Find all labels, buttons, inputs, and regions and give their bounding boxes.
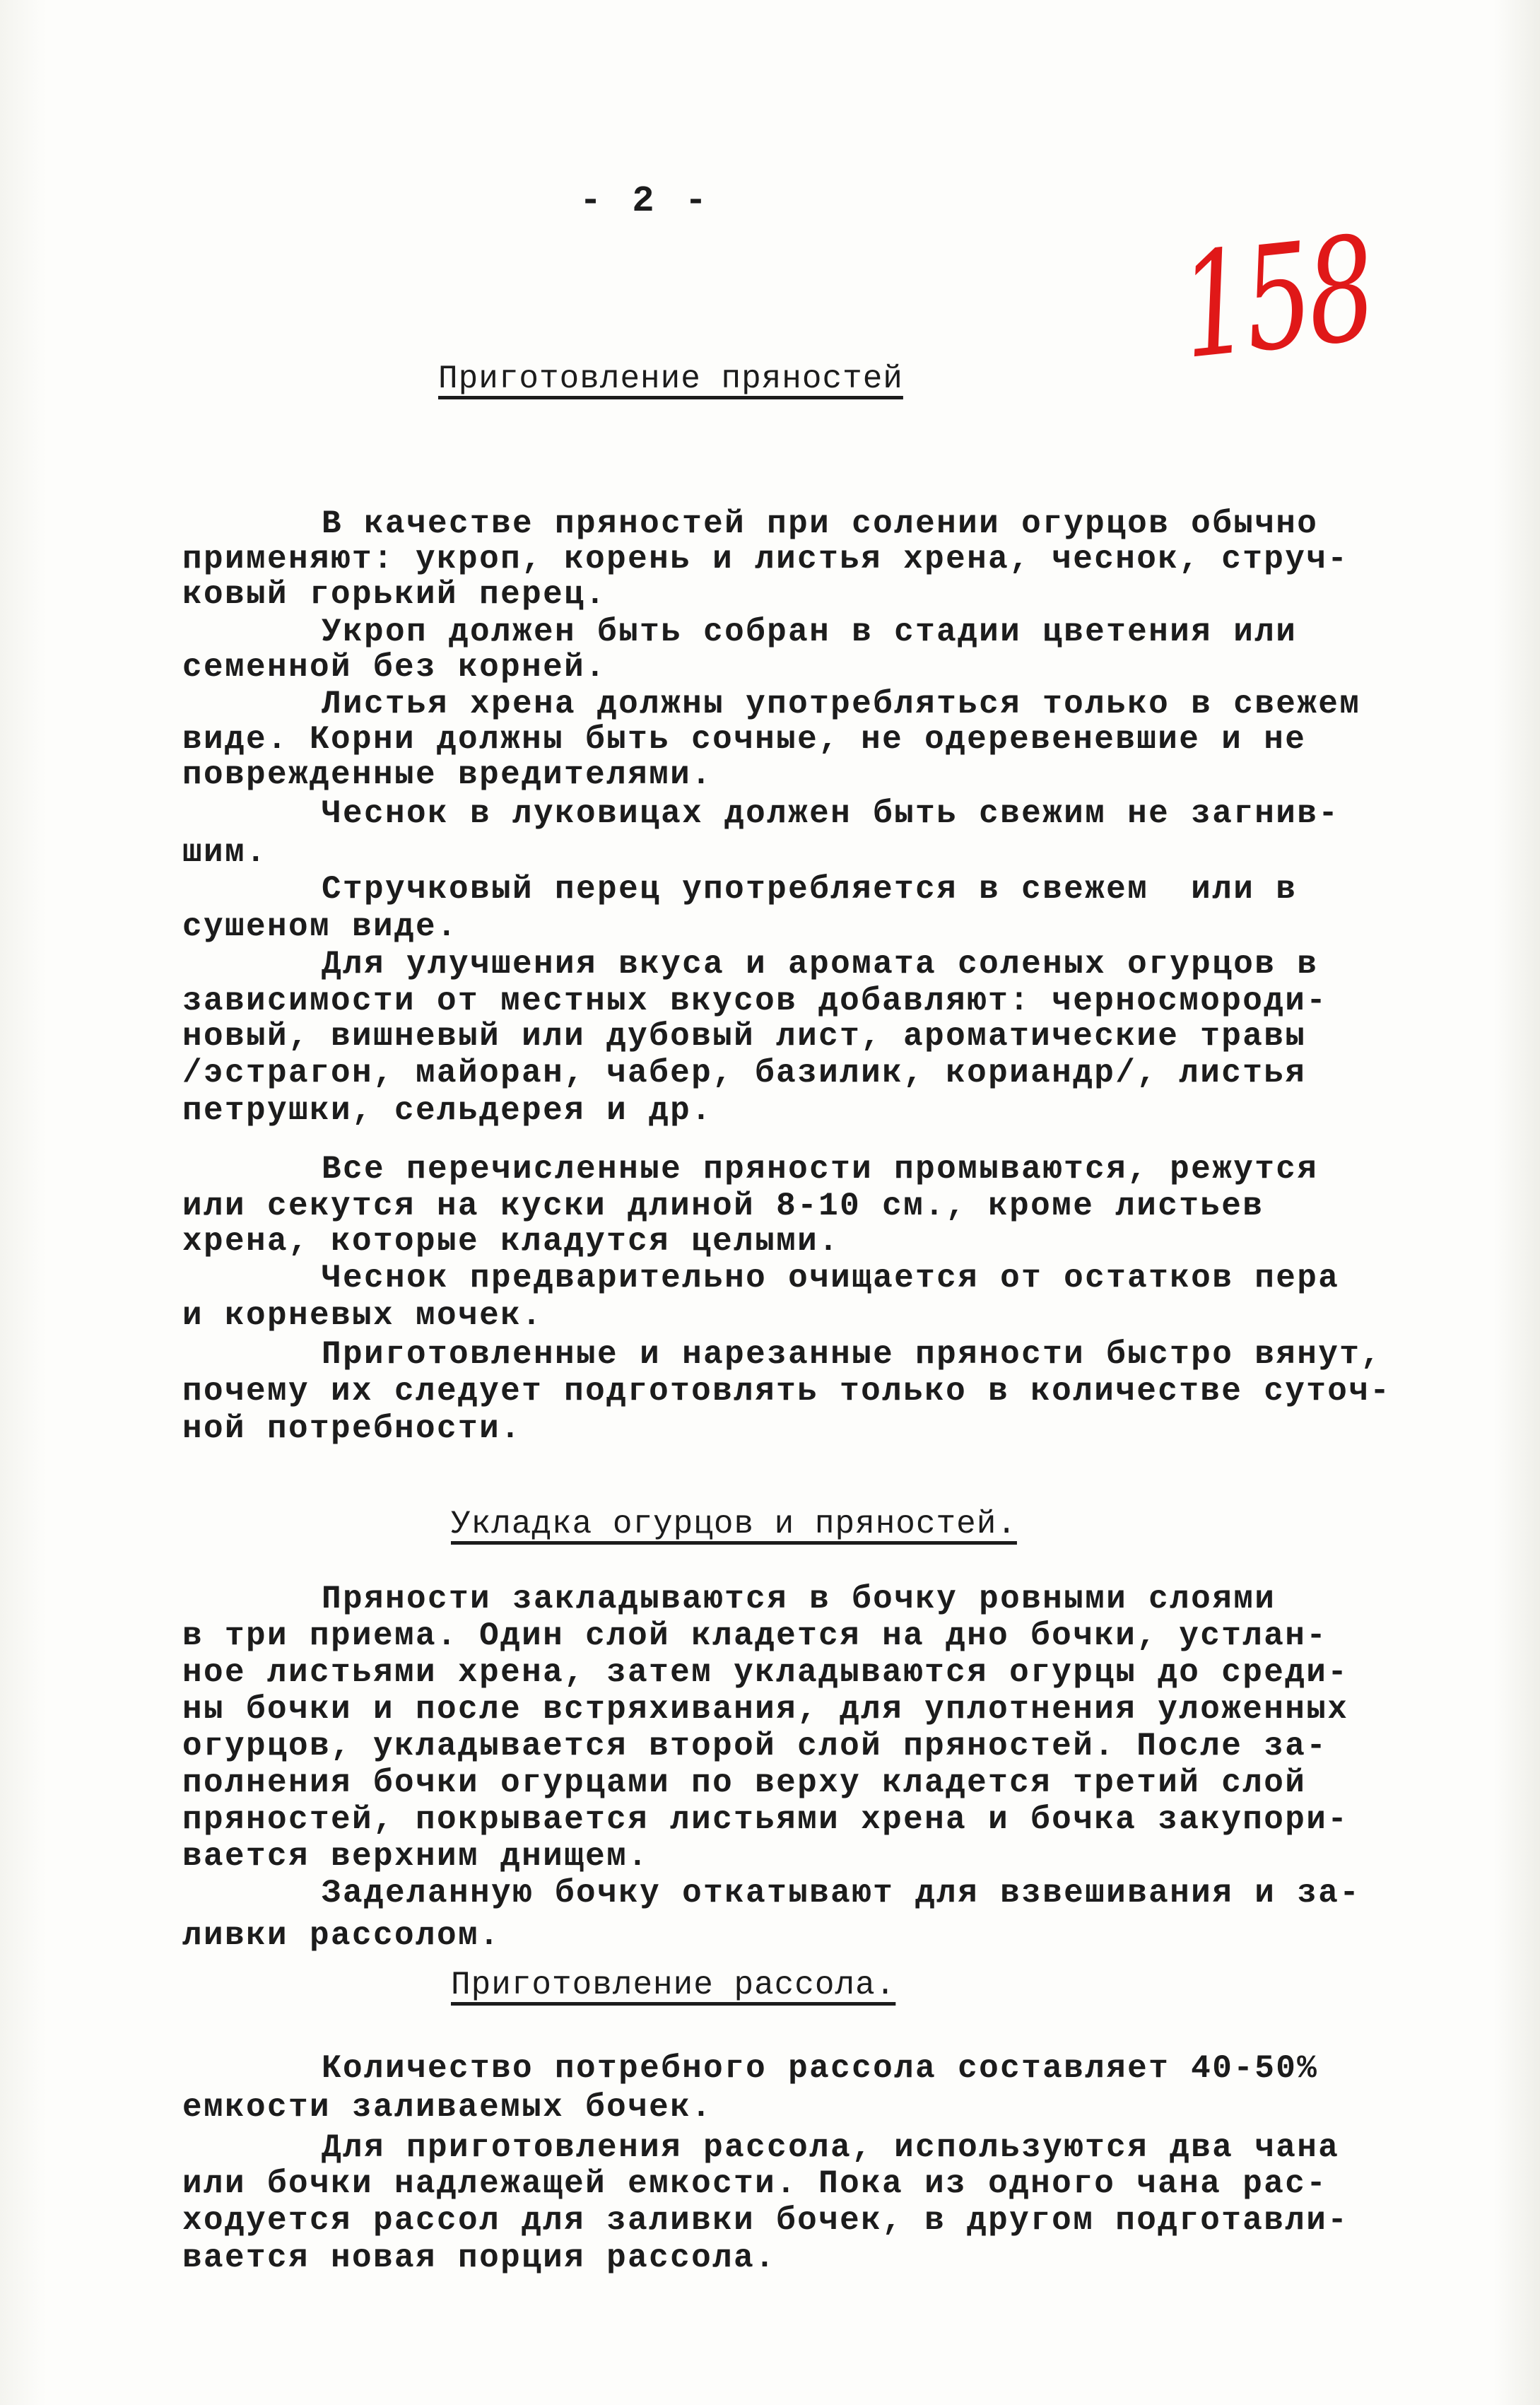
- text-line: семенной без корней.: [182, 649, 606, 686]
- text-line: ливки рассолом.: [182, 1917, 500, 1954]
- text-line: Для улучшения вкуса и аромата соленых ог…: [322, 946, 1318, 983]
- text-line: сушеном виде.: [182, 908, 458, 945]
- document-page: - 2 - 158 Приготовление пряностейВ качес…: [0, 0, 1540, 2405]
- section-heading: Приготовление пряностей: [438, 361, 903, 397]
- text-line: ное листьями хрена, затем укладываются о…: [182, 1654, 1348, 1691]
- text-line: петрушки, сельдерея и др.: [182, 1092, 712, 1129]
- text-line: пряностей, покрывается листьями хрена и …: [182, 1801, 1348, 1838]
- text-line: хрена, которые кладутся целыми.: [182, 1223, 840, 1260]
- text-line: Чеснок в луковицах должен быть свежим не…: [322, 795, 1339, 832]
- text-line: ходуется рассол для заливки бочек, в дру…: [182, 2202, 1348, 2239]
- text-line: новый, вишневый или дубовый лист, аромат…: [182, 1018, 1306, 1055]
- text-line: В качестве пряностей при солении огурцов…: [322, 505, 1318, 542]
- text-line: емкости заливаемых бочек.: [182, 2089, 712, 2126]
- text-line: почему их следует подготовлять только в …: [182, 1373, 1391, 1410]
- text-line: ны бочки и после встряхивания, для уплот…: [182, 1691, 1348, 1728]
- text-line: ковый горький перец.: [182, 576, 606, 613]
- text-line: Укроп должен быть собран в стадии цветен…: [322, 614, 1297, 650]
- text-line: Заделанную бочку откатывают для взвешива…: [322, 1875, 1360, 1912]
- text-line: Листья хрена должны употребляться только…: [322, 686, 1360, 722]
- text-line: ной потребности.: [182, 1410, 522, 1447]
- text-line: Чеснок предварительно очищается от остат…: [322, 1260, 1339, 1297]
- section-heading: Укладка огурцов и пряностей.: [451, 1506, 1017, 1543]
- text-line: применяют: укроп, корень и листья хрена,…: [182, 541, 1348, 578]
- text-line: Пряности закладываются в бочку ровными с…: [322, 1581, 1276, 1617]
- section-heading: Приготовление рассола.: [451, 1967, 895, 2003]
- text-line: полнения бочки огурцами по верху кладетс…: [182, 1765, 1306, 1801]
- text-line: огурцов, укладывается второй слой прянос…: [182, 1728, 1327, 1765]
- text-line: Для приготовления рассола, используются …: [322, 2129, 1339, 2166]
- text-line: или секутся на куски длиной 8-10 см., кр…: [182, 1188, 1264, 1224]
- text-line: зависимости от местных вкусов добавляют:…: [182, 983, 1327, 1019]
- text-line: шим.: [182, 834, 267, 871]
- archive-number-handwritten: 158: [1173, 206, 1379, 392]
- text-line: виде. Корни должны быть сочные, не одере…: [182, 721, 1306, 758]
- text-line: вается новая порция рассола.: [182, 2240, 776, 2276]
- text-line: вается верхним днищем.: [182, 1838, 649, 1875]
- text-line: Все перечисленные пряности промываются, …: [322, 1151, 1318, 1188]
- text-line: в три приема. Один слой кладется на дно …: [182, 1617, 1327, 1654]
- text-line: /эстрагон, майоран, чабер, базилик, кори…: [182, 1055, 1306, 1092]
- text-line: Количество потребного рассола составляет…: [322, 2050, 1318, 2087]
- text-line: поврежденные вредителями.: [182, 756, 712, 793]
- text-line: и корневых мочек.: [182, 1297, 543, 1334]
- text-line: Стручковый перец употребляется в свежем …: [322, 871, 1297, 908]
- page-number: - 2 -: [580, 180, 711, 222]
- text-line: Приготовленные и нарезанные пряности быс…: [322, 1336, 1382, 1373]
- text-line: или бочки надлежащей емкости. Пока из од…: [182, 2165, 1327, 2202]
